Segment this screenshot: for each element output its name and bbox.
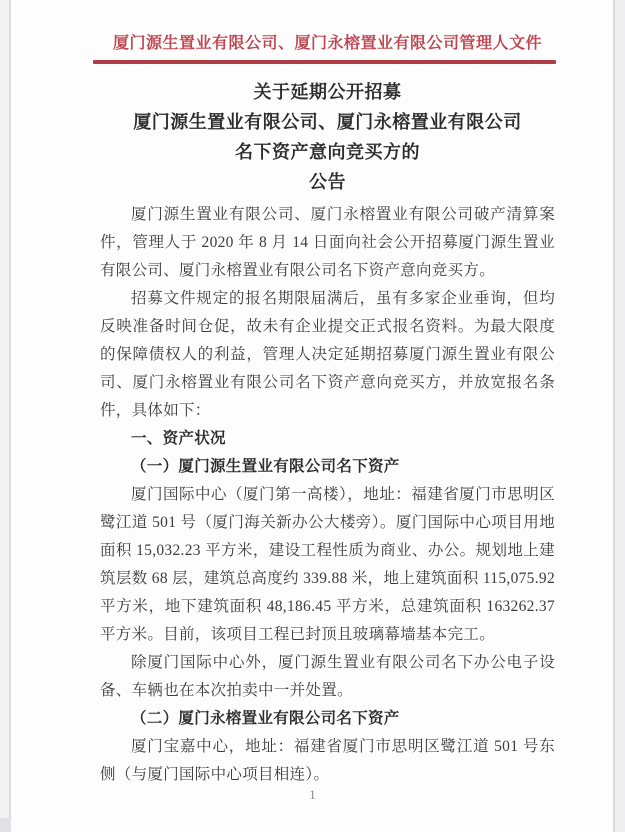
paragraph-intl-center: 厦门国际中心（厦门第一高楼），地址：福建省厦门市思明区鹭江道 501 号（厦门海… [100,481,555,649]
title-line-4: 公告 [100,167,555,197]
title-line-2: 厦门源生置业有限公司、厦门永榕置业有限公司 [100,107,555,137]
scan-corner-mark [0,818,11,832]
document-header: 厦门源生置业有限公司、厦门永榕置业有限公司管理人文件 [100,33,555,55]
heading-asset-status: 一、资产状况 [100,425,555,453]
title-line-3: 名下资产意向竞买方的 [100,137,555,167]
document-page: 厦门源生置业有限公司、厦门永榕置业有限公司管理人文件 关于延期公开招募 厦门源生… [0,0,625,832]
paragraph-intro: 厦门源生置业有限公司、厦门永榕置业有限公司破产清算案件，管理人于 2020 年 … [100,201,555,285]
title-line-1: 关于延期公开招募 [100,77,555,107]
heading-yuansheng-assets: （一）厦门源生置业有限公司名下资产 [100,453,555,481]
heading-yongrong-assets: （二）厦门永榕置业有限公司名下资产 [100,705,555,733]
scan-edge-left [0,0,11,832]
page-number: 1 [0,787,625,803]
paragraph-extension: 招募文件规定的报名期限届满后，虽有多家企业垂询，但均反映准备时间仓促，故未有企业… [100,285,555,425]
document-body: 厦门源生置业有限公司、厦门永榕置业有限公司破产清算案件，管理人于 2020 年 … [100,201,555,789]
header-rule [93,60,556,64]
paragraph-other-assets: 除厦门国际中心外，厦门源生置业有限公司名下办公电子设备、车辆也在本次拍卖中一并处… [100,649,555,705]
document-content: 厦门源生置业有限公司、厦门永榕置业有限公司管理人文件 关于延期公开招募 厦门源生… [100,0,555,789]
paragraph-baojia-center: 厦门宝嘉中心，地址：福建省厦门市思明区鹭江道 501 号东侧（与厦门国际中心项目… [100,733,555,789]
document-title: 关于延期公开招募 厦门源生置业有限公司、厦门永榕置业有限公司 名下资产意向竞买方… [100,77,555,197]
scan-edge-right [613,0,625,832]
